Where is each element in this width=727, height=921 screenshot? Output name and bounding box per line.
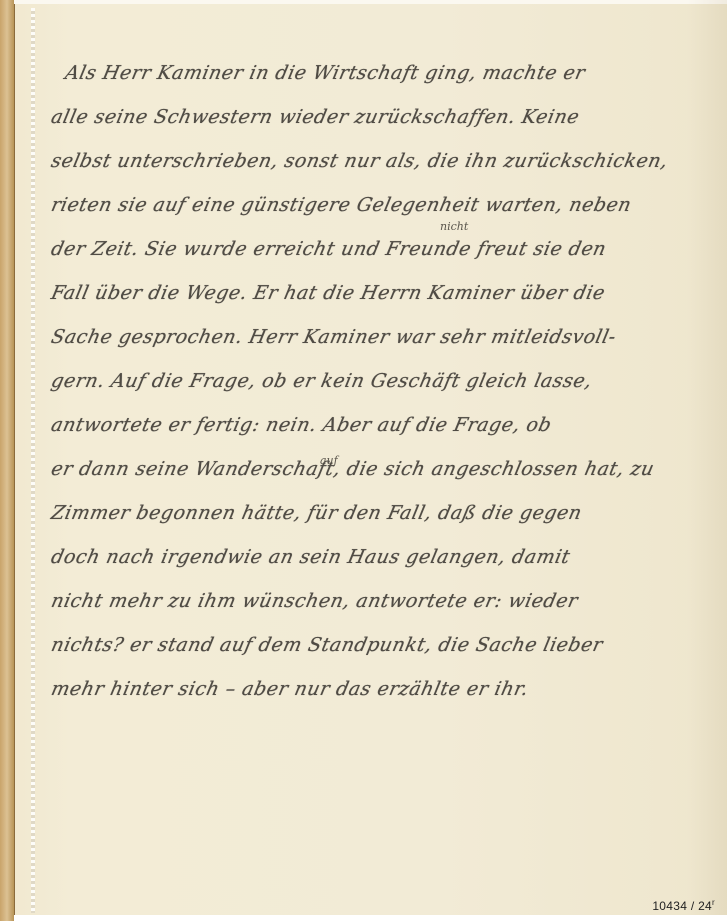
handwritten-line: antwortete er fertig: nein. Aber auf die… (46, 414, 553, 450)
page-top-edge (14, 0, 727, 4)
manuscript-scan: Als Herr Kaminer in die Wirtschaft ging,… (0, 0, 727, 921)
handwritten-line: Fall über die Wege. Er hat die Herrn Kam… (46, 282, 607, 318)
handwritten-line: gern. Auf die Frage, ob er kein Geschäft… (46, 370, 594, 406)
handwritten-line: er dann seine Wanderschaft, die sich ang… (46, 458, 656, 494)
handwritten-line: nichts? er stand auf dem Standpunkt, die… (46, 634, 605, 670)
archive-shelfmark: 10434 / 24r (652, 898, 715, 913)
handwritten-line: Sache gesprochen. Herr Kaminer war sehr … (46, 326, 618, 362)
handwritten-line: Als Herr Kaminer in die Wirtschaft ging,… (60, 62, 587, 98)
shelfmark-number: 10434 / 24 (652, 899, 712, 913)
handwritten-line: selbst unterschrieben, sonst nur als, di… (46, 150, 670, 186)
page-shadow (687, 0, 727, 921)
page-bottom-edge (14, 915, 727, 921)
handwritten-line: mehr hinter sich – aber nur das erzählte… (46, 678, 530, 714)
handwritten-line: der Zeit. Sie wurde erreicht und Freunde… (46, 238, 608, 274)
handwritten-line: doch nach irgendwie an sein Haus gelange… (46, 546, 572, 582)
interlinear-insert: auf (320, 454, 338, 467)
handwritten-line: alle seine Schwestern wieder zurückschaf… (46, 106, 581, 142)
shelfmark-suffix: r (712, 898, 715, 907)
handwritten-line: rieten sie auf eine günstigere Gelegenhe… (46, 194, 633, 230)
interlinear-insert: nicht (440, 220, 468, 233)
handwritten-line: Zimmer begonnen hätte, für den Fall, daß… (46, 502, 584, 538)
handwritten-line: nicht mehr zu ihm wünschen, antwortete e… (46, 590, 580, 626)
perforation-edge (31, 8, 35, 913)
notebook-spine (0, 0, 15, 921)
